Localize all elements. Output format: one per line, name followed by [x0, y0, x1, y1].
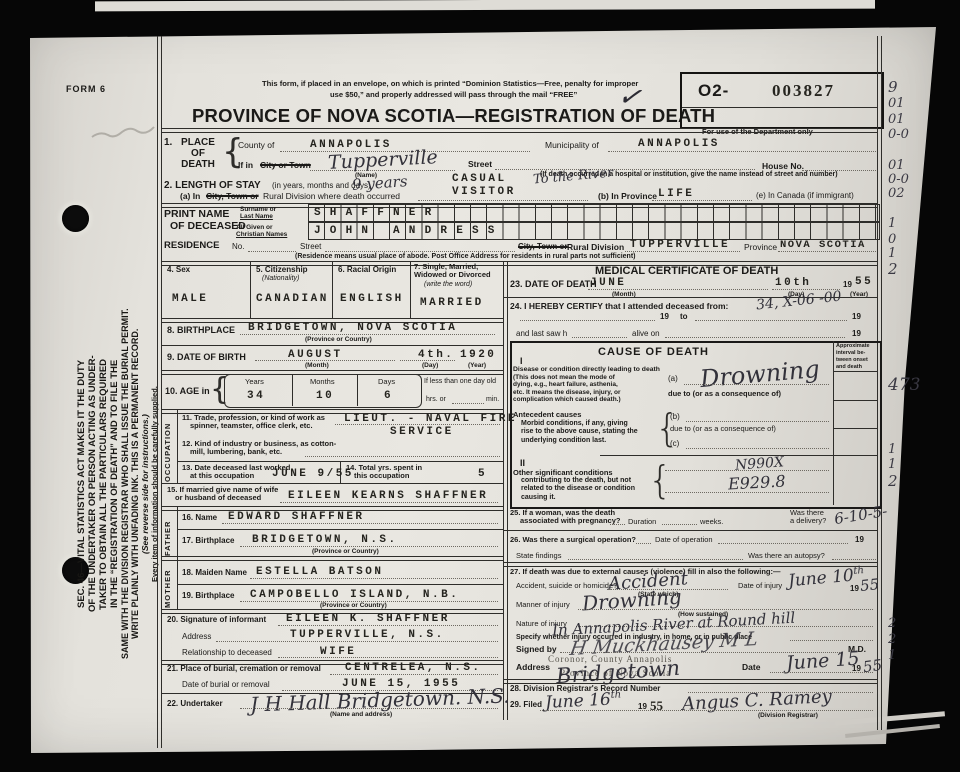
father-birthplace-value: BRIDGETOWN, N.S.	[252, 534, 398, 546]
racial-origin-value: ENGLISH	[340, 293, 404, 305]
injury-date-ordinal: th	[853, 565, 865, 577]
municipality-value: ANNAPOLIS	[638, 138, 720, 150]
margin-number: 0-0	[888, 172, 909, 187]
sex-value: MALE	[172, 293, 208, 305]
field1-label-line: OF	[176, 148, 220, 159]
field9-label: 9. DATE OF BIRTH	[167, 352, 246, 362]
row-rule	[177, 529, 503, 530]
spouse-name-value: EILEEN KEARNS SHAFFNER	[288, 490, 488, 502]
rural-division-label: Rural Division	[567, 243, 624, 253]
dotted-line	[240, 546, 498, 547]
field1-label-line: DEATH	[176, 159, 220, 170]
field11-label: 11. Trade, profession, or kind of work a…	[182, 414, 325, 431]
informant-address-value: TUPPERVILLE, N.S.	[290, 629, 445, 641]
field16-label: 16. Name	[182, 514, 217, 523]
rural-division-value: TUPPERVILLE	[630, 239, 730, 251]
due-to-label: due to (or as a consequence of)	[670, 425, 776, 433]
other-conditions-brace: {	[648, 458, 672, 502]
punch-hole-top	[62, 205, 89, 232]
section2-label-line: causing it.	[513, 494, 635, 502]
operation-date-label: Date of operation	[655, 536, 713, 544]
header-rule	[162, 128, 878, 133]
section1-note-line: complication which caused death.)	[513, 396, 621, 403]
dotted-line	[240, 708, 498, 709]
section1-note-line: (This does not mean the mode of	[513, 374, 621, 381]
year-preprint: 19	[660, 313, 669, 322]
dotted-line	[240, 334, 495, 335]
dotted-line	[255, 360, 395, 361]
interval-caption-line: Approximate	[836, 343, 870, 350]
street-label: Street	[468, 160, 492, 170]
field6-label: 6. Racial Origin	[338, 266, 396, 275]
cause-of-death-title: CAUSE OF DEATH	[598, 346, 709, 358]
dotted-line	[832, 559, 876, 560]
margin-number: 1	[888, 648, 896, 663]
dotted-line	[665, 337, 845, 338]
field23-label: 23. DATE OF DEATH	[510, 279, 597, 289]
antecedent-note-line: rise to the above cause, stating the	[521, 428, 638, 436]
dotted-line	[778, 251, 876, 252]
section2-label: Other significant conditions contributin…	[513, 468, 635, 502]
dotted-line	[330, 674, 498, 675]
visitor-typed: VISITOR	[452, 186, 516, 198]
less-than-day-caption: If less than one day old	[424, 378, 496, 386]
margin-number: 0-0	[888, 127, 909, 142]
county-label: County of	[238, 141, 274, 151]
dotted-line	[452, 403, 484, 404]
dotted-line	[400, 360, 455, 361]
margin-number: 2	[888, 260, 898, 278]
field11-label-line: spinner, teamster, office clerk, etc.	[182, 422, 325, 430]
registration-prefix: O2-	[698, 81, 729, 100]
field5-label: 5. Citizenship	[256, 266, 308, 275]
hrs-caption: hrs. or	[426, 396, 446, 404]
division-registrar-caption: (Division Registrar)	[758, 712, 818, 719]
dotted-line	[790, 640, 873, 641]
form-number-label: FORM 6	[66, 84, 106, 94]
delivery-label: Was there a delivery?	[790, 509, 826, 526]
signed-year-handwritten: 55	[862, 656, 883, 676]
dotted-line	[280, 502, 498, 503]
name-address-caption: (Name and address)	[330, 711, 392, 718]
surname-caption-line: Surname or	[240, 206, 276, 213]
margin-number: 9	[888, 78, 898, 96]
margin-number: 02	[888, 186, 905, 201]
surname-value: SHAFFNER	[309, 205, 879, 221]
field2a-rest: Rural Division where death occurred	[263, 192, 400, 202]
dotted-line	[625, 251, 740, 252]
section-divider	[600, 455, 878, 456]
mail-note: use $50,” and properly addressed will pa…	[330, 91, 577, 100]
section1-note-line: etc. It means the disease, injury, or	[513, 389, 621, 396]
min-caption: min.	[486, 396, 499, 404]
margin-number: 2	[888, 616, 896, 631]
given-names-caption: All Given or Christian Names	[236, 224, 287, 239]
dotted-line	[610, 524, 625, 525]
death-month-value: JUNE	[590, 277, 626, 289]
informant-address-label: Address	[182, 633, 211, 642]
field10-label: 10. AGE in	[165, 386, 210, 396]
field1-num: 1.	[164, 137, 172, 148]
residence-note: (Residence means usual place of abode. P…	[295, 253, 636, 261]
group-divider	[177, 506, 178, 556]
section1-note-line: dying, e.g., heart failure, asthenia,	[513, 381, 621, 388]
cell-divider	[250, 261, 251, 319]
registration-number: 003827	[772, 81, 835, 101]
municipality-label: Municipality of	[545, 141, 599, 151]
margin-number: 1	[888, 457, 896, 472]
interval-column-divider	[833, 341, 834, 505]
field7-label: 7. Single, Married, Widowed or Divorced	[414, 263, 491, 280]
last-saw-label: and last saw h	[516, 330, 567, 339]
citizenship-value: CANADIAN	[256, 293, 329, 305]
see-reverse-note: (See reverse side for instructions.)	[140, 258, 150, 710]
act-line: OF THE UNDERTAKER OR PERSON ACTING AS UN…	[87, 258, 98, 710]
field2b-label: (b) In Province	[598, 192, 657, 202]
dotted-line	[222, 523, 498, 524]
dotted-line	[418, 200, 588, 201]
act-line: SEC. 46—VITAL STATISTICS ACT MAKES IT TH…	[76, 258, 87, 710]
informant-signature-value: EILEEN K. SHAFFNER	[286, 613, 450, 625]
group-divider	[177, 556, 178, 609]
field8-label: 8. BIRTHPLACE	[167, 325, 235, 335]
dotted-line	[686, 448, 829, 449]
dotted-line	[248, 251, 296, 252]
province-country-caption: (Province or Country)	[312, 548, 379, 555]
due-to-label: due to (or as a consequence of)	[668, 390, 781, 398]
field21-label: 21. Place of burial, cremation or remova…	[167, 665, 321, 674]
burial-date-label: Date of burial or removal	[182, 681, 270, 690]
interval-caption: Approximate interval be- tween onset and…	[836, 343, 870, 372]
dotted-line	[665, 470, 829, 471]
surname-letter-grid: SHAFFNER	[308, 204, 880, 222]
given-caption-line: All Given or	[236, 224, 287, 231]
dotted-line	[572, 337, 627, 338]
mother-birthplace-value: CAMPOBELLO ISLAND, N.B.	[250, 589, 459, 601]
last-worked-value: JUNE 9/55	[272, 468, 354, 480]
dotted-line	[335, 424, 500, 425]
margin-number: 1	[888, 216, 896, 231]
section2-label-line: Other significant conditions	[513, 468, 635, 477]
stub-divider-rule	[157, 36, 162, 748]
day-caption: (Day)	[422, 362, 438, 369]
mail-note: This form, if placed in an envelope, on …	[262, 80, 638, 89]
stub-act-text: SEC. 46—VITAL STATISTICS ACT MAKES IT TH…	[76, 258, 159, 710]
if-in-label: If in	[238, 161, 253, 171]
year-caption: (Year)	[468, 362, 486, 369]
field3-label-line: OF DECEASED	[164, 221, 246, 233]
field12-label: 12. Kind of industry or business, as cot…	[182, 440, 336, 457]
state-findings-label: State findings	[516, 552, 561, 560]
margin-number: 0	[888, 232, 896, 247]
field29-label: 29. Filed	[510, 701, 542, 710]
act-line: IN THE “REGISTRATION OF DEATH” AND TO FI…	[109, 258, 120, 710]
years-in-occupation-value: 5	[478, 468, 487, 480]
column-divider	[503, 261, 508, 720]
delivery-label-line: a delivery?	[790, 517, 826, 525]
birthplace-value: BRIDGETOWN, NOVA SCOTIA	[248, 322, 457, 334]
antecedent-label: Antecedent causes	[513, 411, 581, 419]
interval-rule	[833, 428, 878, 429]
casual-typed: CASUAL	[452, 173, 507, 185]
dotted-line	[278, 625, 498, 626]
dotted-line	[250, 578, 498, 579]
dotted-line	[305, 456, 500, 457]
month-caption: (Month)	[305, 362, 329, 369]
section1-label: Disease or condition directly leading to…	[513, 366, 660, 374]
section2-label-line: related to the disease or condition	[513, 485, 635, 493]
margin-number: 2	[888, 632, 896, 647]
field24-label: 24. I HEREBY CERTIFY that I attended dec…	[510, 302, 728, 312]
dotted-line	[568, 559, 743, 560]
field5-sub: (Nationality)	[262, 275, 299, 283]
dotted-line	[495, 169, 755, 170]
death-day-value: 10th	[775, 277, 811, 289]
relationship-label: Relationship to deceased	[182, 649, 272, 658]
residence-citytown-struck: City, Town or	[518, 243, 567, 252]
city-or-town-struck: City or Town	[260, 161, 311, 171]
act-line: TAKER TO OBTAIN ALL THE PARTICULARS REQU…	[98, 258, 109, 710]
date-label: Date	[742, 663, 760, 673]
mother-group-label: MOTHER	[164, 560, 172, 608]
field15-label-line: or husband of deceased	[167, 494, 278, 502]
year-preprint: 19	[852, 313, 861, 322]
dotted-line	[770, 672, 873, 673]
field2-label: 2. LENGTH OF STAY	[164, 180, 261, 191]
age-box-divider	[357, 374, 358, 406]
to-label: to	[680, 313, 688, 322]
given-names-value: JOHN ANDRESS	[309, 223, 879, 239]
age-months-value: 10	[316, 390, 334, 402]
year-preprint: 19	[850, 585, 859, 594]
dotted-line	[665, 492, 829, 493]
burial-place-value: CENTRELEA, N.S.	[345, 662, 482, 674]
field25-label-line: associated with pregnancy?	[510, 517, 620, 525]
field18-label: 18. Maiden Name	[182, 569, 247, 578]
date-of-injury-label: Date of injury	[738, 582, 782, 590]
father-group-label: FATHER	[164, 510, 172, 556]
father-name-value: EDWARD SHAFFNER	[228, 511, 365, 523]
province-value: NOVA SCOTIA	[780, 239, 866, 251]
row-rule	[162, 483, 503, 484]
year-preprint: 19	[852, 330, 861, 339]
margin-number: 01	[888, 112, 905, 127]
field1-label-line: PLACE	[176, 137, 220, 148]
age-years-value: 34	[247, 390, 265, 402]
row-rule	[162, 345, 503, 346]
section1-numeral: I	[520, 356, 523, 366]
row-rule	[162, 556, 503, 561]
dotted-line	[578, 609, 873, 610]
pencil-scribble	[88, 115, 158, 145]
antecedent-note-line: Morbid conditions, if any, giving	[521, 420, 638, 428]
section1-note: (This does not mean the mode of dying, e…	[513, 374, 621, 404]
dotted-line	[662, 524, 697, 525]
dotted-line	[520, 320, 655, 321]
section2-numeral: II	[520, 458, 525, 468]
in-province-value: LIFE	[658, 188, 694, 200]
field22-label: 22. Undertaker	[167, 700, 223, 709]
filed-date-ordinal: th	[610, 689, 621, 701]
year-preprint: 19	[843, 281, 852, 290]
antecedent-note-line: underlying condition last.	[521, 437, 638, 445]
dotted-line	[540, 710, 873, 711]
province-label: Province	[744, 243, 777, 253]
filed-year-value: 55	[650, 698, 663, 714]
row-rule	[503, 530, 877, 531]
row-rule	[177, 584, 503, 585]
surname-caption-line: Last Name	[240, 213, 276, 220]
given-caption-line: Christian Names	[236, 231, 287, 238]
age-days-value: 6	[384, 390, 393, 402]
days-caption: Days	[378, 378, 395, 386]
occupation-group-label: OCCUPATION	[164, 412, 172, 482]
field26-label: 26. Was there a surgical operation?	[510, 536, 636, 544]
interval-caption-line: interval be-	[836, 350, 870, 357]
year-preprint: 19	[855, 536, 864, 545]
margin-number: 1	[888, 246, 896, 261]
interval-rule	[833, 400, 878, 401]
marital-status-value: MARRIED	[420, 297, 484, 309]
act-line: WRITE PLAINLY WITH UNFADING INK. THIS IS…	[130, 258, 140, 710]
margin-number: 473	[888, 375, 920, 395]
dotted-line	[684, 384, 829, 385]
page-behind-top-edge	[95, 0, 875, 11]
section2-label-line: contributing to the death, but not	[513, 477, 635, 485]
field15-label: 15. If married give name of wife or husb…	[167, 486, 278, 503]
dotted-line	[216, 641, 498, 642]
medical-certificate-title: MEDICAL CERTIFICATE OF DEATH	[595, 265, 778, 277]
province-country-caption: (Province or Country)	[305, 336, 372, 343]
address-label: Address	[516, 663, 550, 673]
residence-no-label: No.	[232, 243, 244, 252]
age-box-divider	[292, 374, 293, 406]
manner-of-injury-label: Manner of injury	[516, 601, 570, 609]
field7-sub: (write the word)	[424, 281, 472, 289]
dotted-line	[588, 289, 768, 290]
autopsy-label: Was there an autopsy?	[748, 552, 825, 560]
act-line: SAME WITH THE DIVISION REGISTRAR WHO SHA…	[120, 258, 130, 710]
group-divider	[177, 409, 178, 483]
injury-year-handwritten: 55	[859, 575, 880, 595]
birth-year-value: 1920	[460, 349, 496, 361]
dotted-line	[652, 200, 752, 201]
field2a-label: (a) In	[180, 192, 200, 202]
field3-label-line: PRINT NAME	[164, 209, 246, 221]
given-names-letter-grid: JOHN ANDRESS	[308, 222, 880, 240]
interval-caption-line: tween onset	[836, 357, 870, 364]
residence-label: RESIDENCE	[164, 241, 219, 252]
scanned-death-certificate: { "stub": { "form_label": "FORM 6", "act…	[0, 0, 960, 772]
field2e-label: (e) In Canada (if immigrant)	[756, 192, 854, 201]
occupation-value-line2: SERVICE	[390, 426, 454, 438]
field17-label: 17. Birthplace	[182, 537, 234, 546]
field3-label: PRINT NAME OF DECEASED	[164, 209, 246, 233]
field14-label-line: this occupation	[346, 472, 422, 480]
antecedent-note: Morbid conditions, if any, giving rise t…	[521, 420, 638, 445]
field4-label: 4. Sex	[167, 266, 190, 275]
cause-a-label: (a)	[668, 375, 678, 384]
field7-label-line: Widowed or Divorced	[414, 271, 491, 279]
cell-divider	[410, 261, 411, 319]
residence-street-label: Street	[300, 243, 321, 252]
field20-label: 20. Signature of informant	[167, 616, 266, 625]
dotted-line	[636, 543, 651, 544]
dotted-line	[718, 543, 848, 544]
cause-b-label: (b)	[670, 413, 680, 422]
weeks-label: weeks.	[700, 518, 723, 526]
duration-label: Duration	[628, 518, 656, 526]
field14-label: 14. Total yrs. spent in this occupation	[346, 464, 422, 481]
months-caption: Months	[310, 378, 335, 386]
cell-divider	[332, 261, 333, 319]
interval-rule	[833, 371, 878, 372]
dotted-line	[686, 421, 829, 422]
registration-box-rule	[682, 107, 878, 108]
margin-number: 1	[888, 442, 896, 457]
margin-number: 2	[888, 472, 898, 490]
margin-number: 01	[888, 96, 905, 111]
field1-label: PLACE OF DEATH	[176, 137, 220, 171]
dotted-line	[278, 657, 498, 658]
city-town-or-struck: City, Town or	[206, 192, 259, 202]
alive-on-label: alive on	[632, 330, 660, 339]
years-caption: Years	[245, 378, 264, 386]
dotted-line	[695, 320, 847, 321]
death-year-value: 55	[855, 276, 873, 288]
margin-number: 01	[888, 158, 905, 173]
cause-c-label: (c)	[670, 440, 679, 449]
mother-maiden-name-value: ESTELLA BATSON	[256, 566, 383, 578]
field25-label: 25. If a woman, was the death associated…	[510, 509, 620, 526]
surname-caption: Surname or Last Name	[240, 206, 276, 221]
field19-label: 19. Birthplace	[182, 592, 234, 601]
dotted-line	[325, 251, 515, 252]
condition-code-2: E929.8	[728, 472, 786, 494]
dotted-line	[608, 151, 876, 152]
